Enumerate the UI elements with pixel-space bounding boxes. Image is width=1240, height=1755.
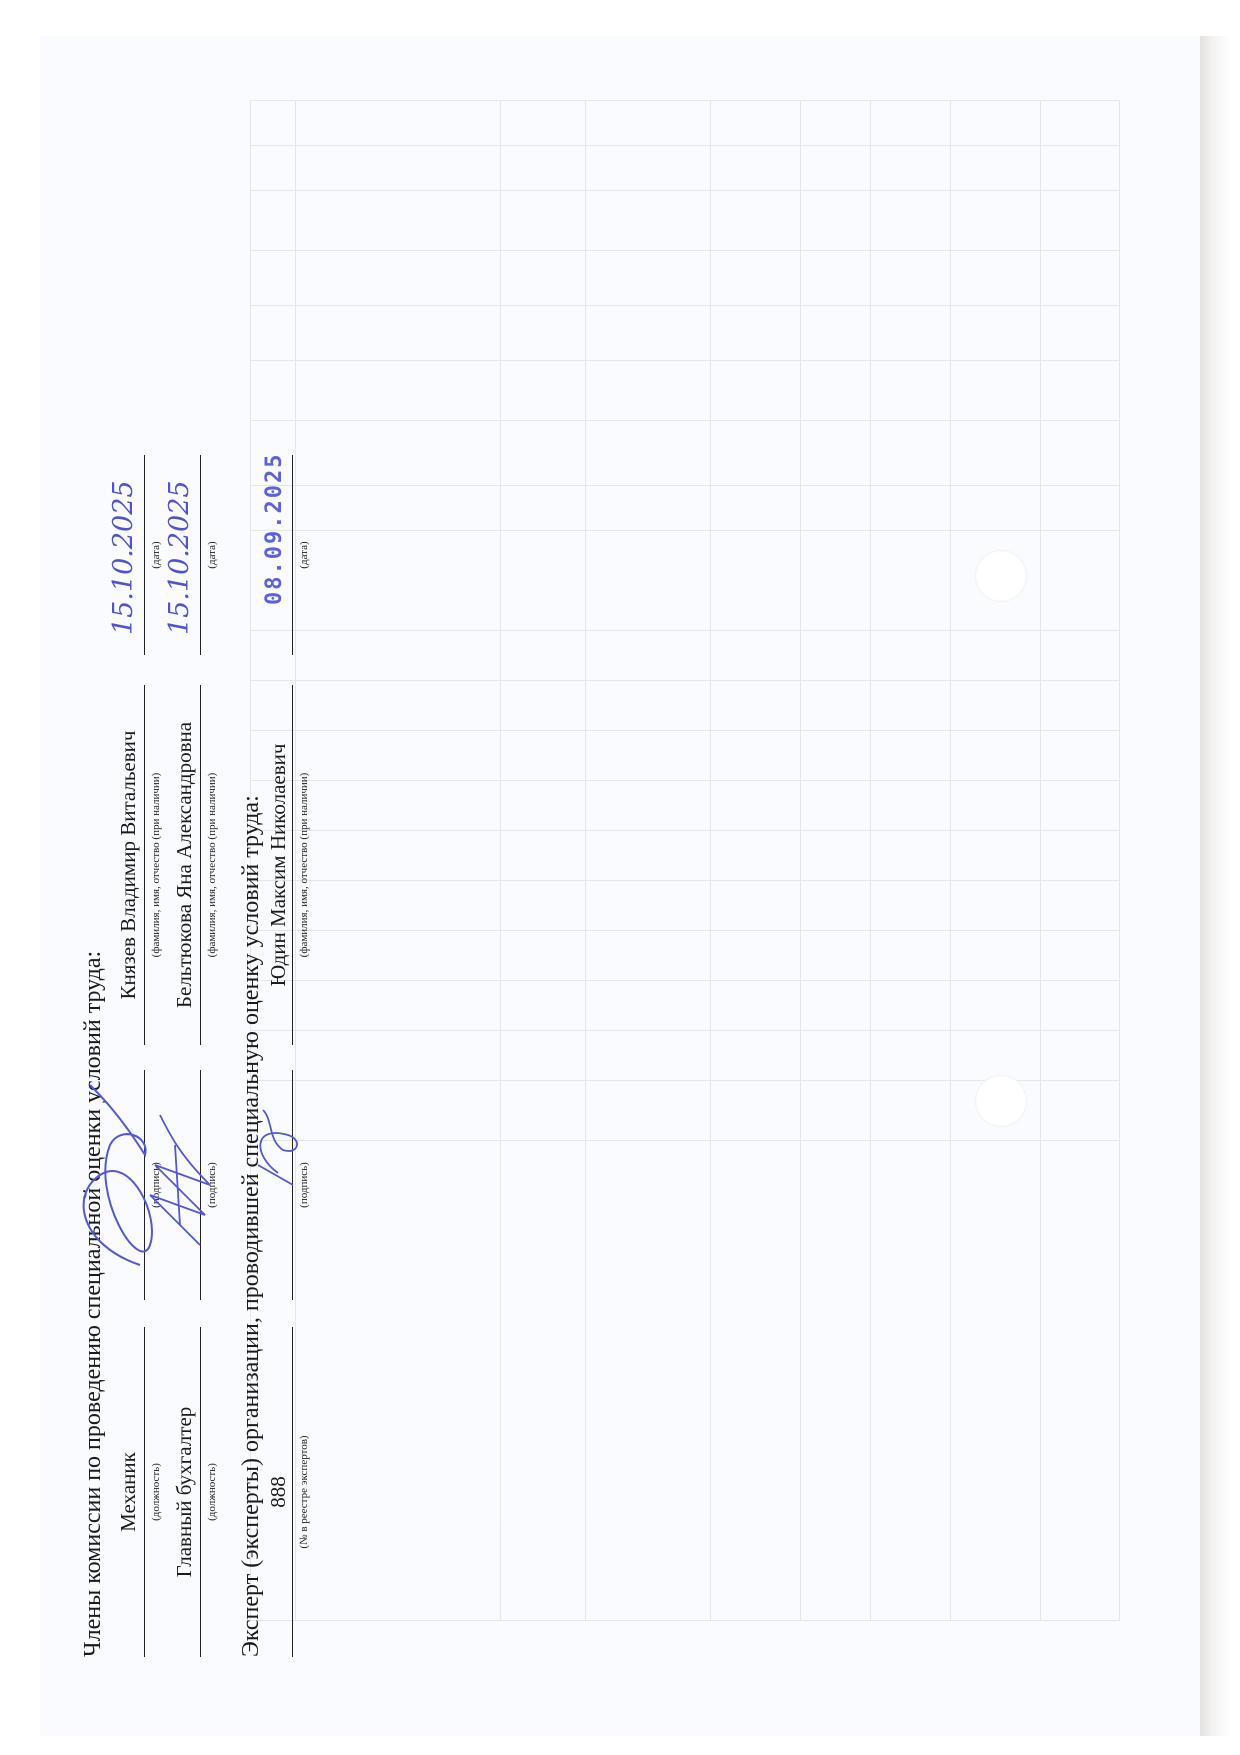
registry-caption: (№ в реестре экспертов) [298, 1327, 310, 1657]
signature-block: Члены комиссии по проведению специальной… [0, 55, 1240, 1755]
date-caption: (дата) [298, 455, 310, 655]
position-caption: (должность) [150, 1327, 162, 1657]
date-caption: (дата) [150, 455, 162, 655]
full-name-caption: (фамилия, имя, отчество (при наличии) [206, 685, 218, 1045]
commission-heading: Члены комиссии по проведению специальной… [80, 951, 107, 1657]
expert-registry-number: 888 [266, 1327, 291, 1657]
full-name-caption: (фамилия, имя, отчество (при наличии) [150, 685, 162, 1045]
member-1-position: Механик [116, 1327, 141, 1657]
member-1-date: 15.10.2025 [108, 480, 139, 635]
member-2-signature [130, 1105, 220, 1255]
expert-date-stamp: 08.09.2025 [262, 453, 287, 605]
member-2-name: Бельтюкова Яна Александровна [172, 685, 197, 1045]
full-name-caption: (фамилия, имя, отчество (при наличии) [298, 685, 310, 1045]
expert-heading: Эксперт (эксперты) организации, проводив… [238, 795, 265, 1657]
date-caption: (дата) [206, 455, 218, 655]
member-1-name: Князев Владимир Витальевич [116, 685, 141, 1045]
member-2-position: Главный бухгалтер [172, 1327, 197, 1657]
expert-signature [248, 1105, 308, 1195]
position-caption: (должность) [206, 1327, 218, 1657]
expert-name: Юдин Максим Николаевич [266, 685, 291, 1045]
member-2-date: 15.10.2025 [164, 480, 195, 635]
